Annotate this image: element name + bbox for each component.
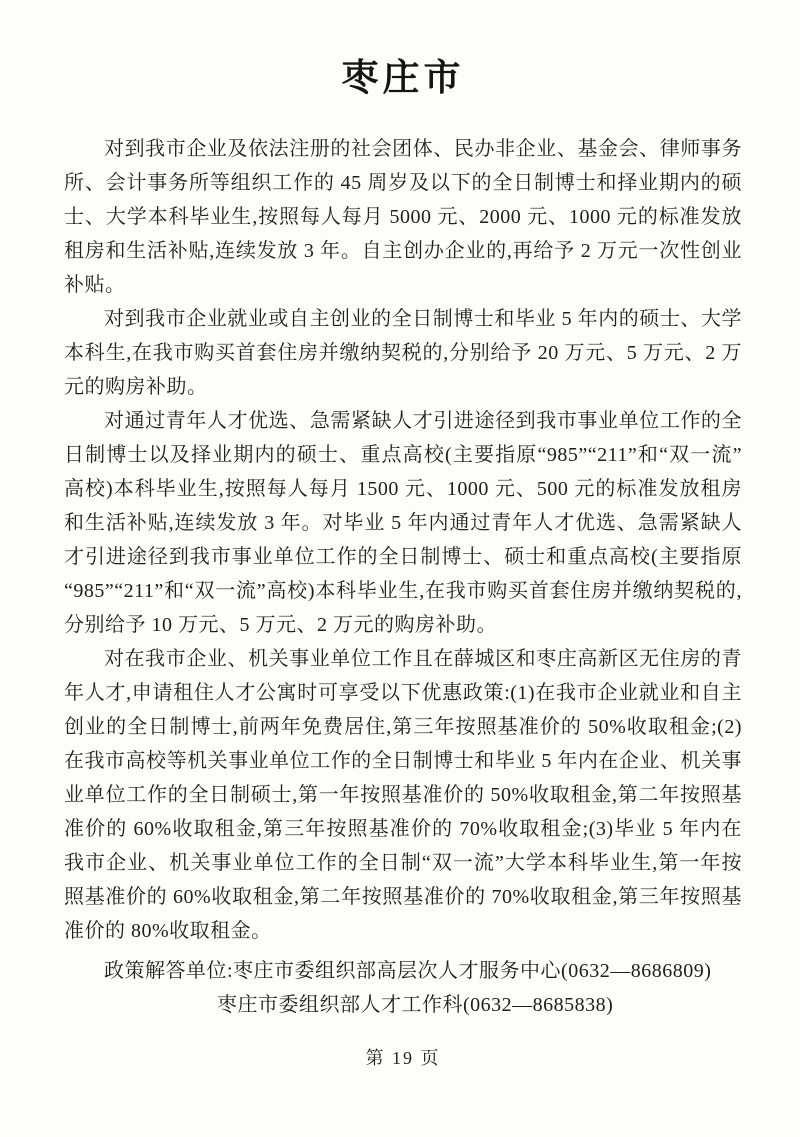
document-page: 枣庄市 对到我市企业及依法注册的社会团体、民办非企业、基金会、律师事务所、会计事… <box>0 0 800 1137</box>
contact-label: 政策解答单位: <box>104 960 233 982</box>
contact-unit-2: 枣庄市委组织部人才工作科(0632—8685838) <box>64 988 742 1022</box>
page-title: 枣庄市 <box>64 54 742 104</box>
paragraph-rent-living-subsidy: 对到我市企业及依法注册的社会团体、民办非企业、基金会、律师事务所、会计事务所等组… <box>64 132 742 302</box>
contact-block: 政策解答单位:枣庄市委组织部高层次人才服务中心(0632—8686809) 枣庄… <box>64 954 742 1022</box>
paragraph-home-purchase-subsidy: 对到我市企业就业或自主创业的全日制博士和毕业 5 年内的硕士、大学本科生,在我市… <box>64 302 742 404</box>
contact-line: 政策解答单位:枣庄市委组织部高层次人才服务中心(0632—8686809) <box>64 954 742 988</box>
paragraph-talent-apartment-policy: 对在我市企业、机关事业单位工作且在薛城区和枣庄高新区无住房的青年人才,申请租住人… <box>64 642 742 948</box>
paragraph-public-institution-subsidy: 对通过青年人才优选、急需紧缺人才引进途径到我市事业单位工作的全日制博士以及择业期… <box>64 404 742 642</box>
page-number: 第 19 页 <box>64 1044 742 1070</box>
contact-unit-1: 枣庄市委组织部高层次人才服务中心(0632—8686809) <box>233 960 711 982</box>
document-body: 对到我市企业及依法注册的社会团体、民办非企业、基金会、律师事务所、会计事务所等组… <box>64 132 742 948</box>
